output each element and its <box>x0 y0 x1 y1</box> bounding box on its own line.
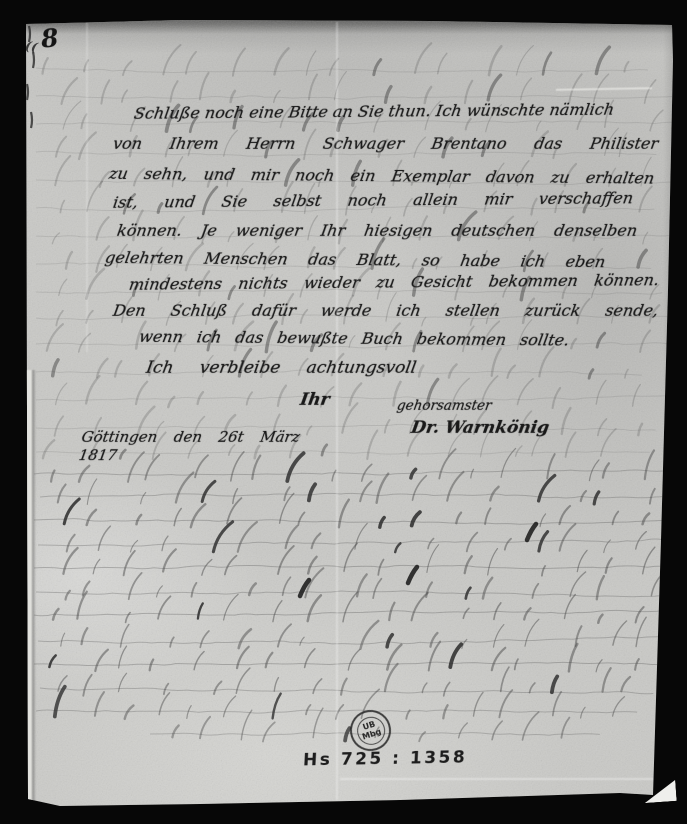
handwriting-line: von Ihrem Herrn Schwager Brentano das Ph… <box>112 134 660 153</box>
signature: Dr. Warnkönig <box>410 418 551 438</box>
valediction: gehorsamster <box>396 398 493 414</box>
scratch-mark <box>556 87 652 91</box>
vertical-crease <box>86 22 88 352</box>
handwriting-line: zu sehn, und mir noch ein Exemplar davon… <box>108 164 656 188</box>
handwriting-line: wenn ich das bewußte Buch bekommen sollt… <box>138 327 571 350</box>
library-stamp-text: UB Mbg <box>353 713 388 748</box>
page-number: 8 <box>40 23 60 53</box>
handwriting-line: ist, und Sie selbst noch allein mir vers… <box>112 188 635 212</box>
handwriting-line: können. Je weniger Ihr hiesigen deutsche… <box>116 221 639 240</box>
handwriting-line: Schluße noch eine Bitte an Sie thun. Ich… <box>133 100 616 123</box>
closing-pronoun: Ihr <box>299 390 331 410</box>
closing-line: Ich verbleibe achtungsvoll <box>145 358 418 378</box>
handwriting-line: mindestens nichts wieder zu Gesicht beko… <box>128 270 661 294</box>
horizontal-crease <box>340 778 660 780</box>
dateline: Göttingen den 26t März 1817 <box>77 428 301 464</box>
vertical-crease <box>336 22 338 800</box>
handwriting-line: gelehrten Menschen das Blatt, so habe ic… <box>104 248 607 271</box>
shelfmark: Hs 725 : 1358 <box>302 748 467 771</box>
paper-grain-texture <box>0 0 687 824</box>
corner-mark: (( <box>24 39 39 56</box>
letter-page: Schluße noch eine Bitte an Sie thun. Ich… <box>0 0 687 824</box>
manuscript-scan: Schluße noch eine Bitte an Sie thun. Ich… <box>0 0 687 824</box>
underlying-page-edge <box>24 370 36 806</box>
handwriting-line: Den Schluß dafür werde ich stellen zurüc… <box>112 301 660 320</box>
ink-bleedthrough-layer <box>0 0 687 824</box>
